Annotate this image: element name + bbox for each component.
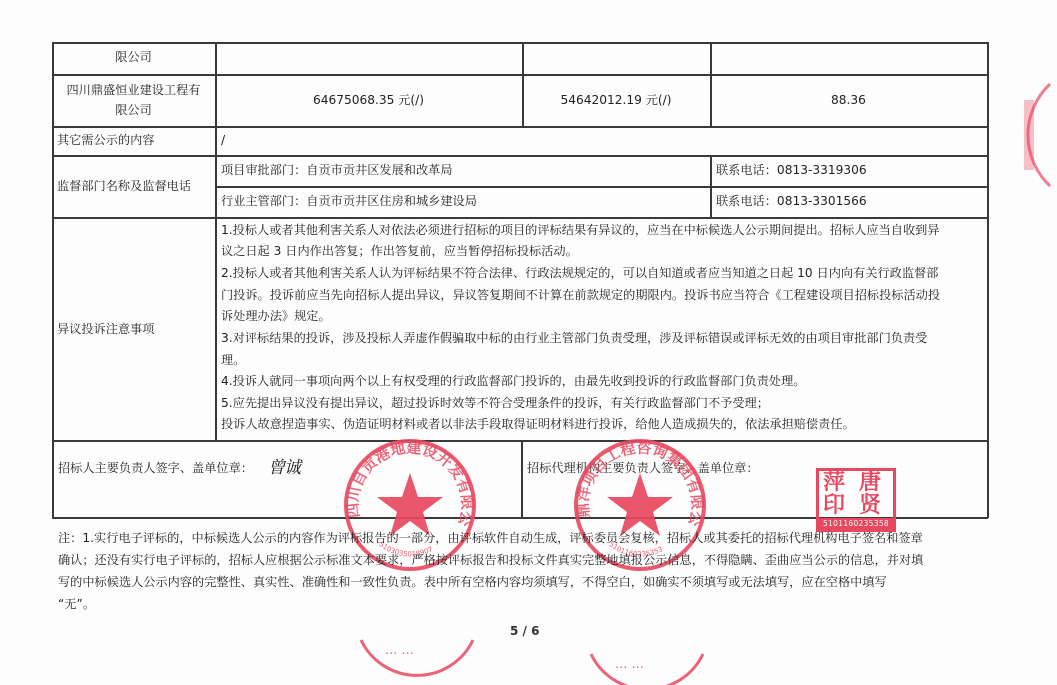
company-name-line1: 四川鼎盛恒业建设工程有: [52, 81, 215, 100]
page-number: 5 / 6: [510, 624, 539, 638]
svg-text:··· ···: ··· ···: [615, 661, 644, 676]
supervision-label: 监督部门名称及监督电话: [57, 177, 191, 196]
svg-text:··· ···: ··· ···: [385, 647, 414, 662]
objection-line: 门投诉。投诉前应当先向招标人提出异议，异议答复期间不计算在前款规定的期限内。投诉…: [221, 286, 940, 306]
footnote-line: 注：1.实行电子评标的，中标候选人公示的内容作为评标报告的一部分，由评标软件自动…: [58, 528, 923, 549]
footnote-line: 写的中标候选人公示内容的完整性、真实性、准确性和一致性负责。表中所有空格内容均须…: [58, 572, 887, 593]
supervision-phone-industry: 联系电话：0813-3301566: [716, 192, 867, 211]
other-content-label: 其它需公示的内容: [57, 131, 155, 150]
edge-seal-fragment: [1010, 80, 1057, 190]
objection-line: 投诉人故意捏造事实、伪造证明材料或者以非法手段取得证明材料进行投诉，给他人造成损…: [221, 415, 855, 435]
company-name-line2: 限公司: [52, 101, 215, 120]
objection-line: 2.投标人或者其他利害关系人认为评标结果不符合法律、行政法规规定的，可以自知道或…: [221, 264, 938, 284]
personal-seal-char: 贤: [859, 494, 881, 518]
objection-label: 异议投诉注意事项: [57, 320, 155, 339]
personal-seal-char: 印: [823, 494, 845, 518]
personal-name-seal: 萍 唐 印 贤 5101160235358: [816, 468, 896, 532]
tenderer-handwritten-signature: 曾诚: [268, 453, 300, 478]
objection-line: 1.投标人或者其他利害关系人对依法必须进行招标的项目的评标结果有异议的，应当在中…: [221, 221, 940, 241]
supervision-dept-industry: 行业主管部门：自贡市贡井区住房和城乡建设局: [221, 192, 477, 211]
supervision-dept-approval: 项目审批部门：自贡市贡井区发展和改革局: [221, 161, 453, 180]
objection-line: 5.应先提出异议没有提出异议，超过投诉时效等不符合受理条件的投诉，有关行政监督部…: [221, 394, 769, 414]
objection-line: 3.对评标结果的投诉，涉及投标人弄虚作假骗取中标的由行业主管部门负责受理，涉及评…: [221, 329, 927, 349]
personal-seal-char: 唐: [859, 471, 881, 495]
footnote-line: 确认；还没有实行电子评标的，招标人应根据公示标准文本要求，严格按评标报告和投标文…: [58, 550, 923, 571]
objection-line: 理。: [221, 351, 245, 371]
prev-company-name: 限公司: [52, 48, 215, 67]
footnote-line: “无”。: [58, 594, 95, 615]
other-content-value: /: [221, 131, 225, 150]
score: 88.36: [710, 91, 987, 110]
objection-line: 诉处理办法》规定。: [221, 307, 331, 327]
bottom-seal-fragment-left: ··· ···: [357, 638, 477, 685]
objection-line: 4.投诉人就同一事项向两个以上有权受理的行政监督部门投诉的，由最先收到投诉的行政…: [221, 372, 805, 392]
bottom-seal-fragment-right: ··· ···: [587, 652, 707, 685]
bid-price: 64675068.35 元(/): [215, 91, 522, 110]
objection-line: 议之日起 3 日内作出答复；作出答复前，应当暂停招标投标活动。: [221, 242, 578, 262]
review-price: 54642012.19 元(/): [522, 91, 710, 110]
supervision-phone-approval: 联系电话：0813-3319306: [716, 161, 867, 180]
personal-seal-char: 萍: [823, 471, 845, 495]
tenderer-signature-label: 招标人主要负责人签字、盖单位章：: [58, 459, 253, 478]
